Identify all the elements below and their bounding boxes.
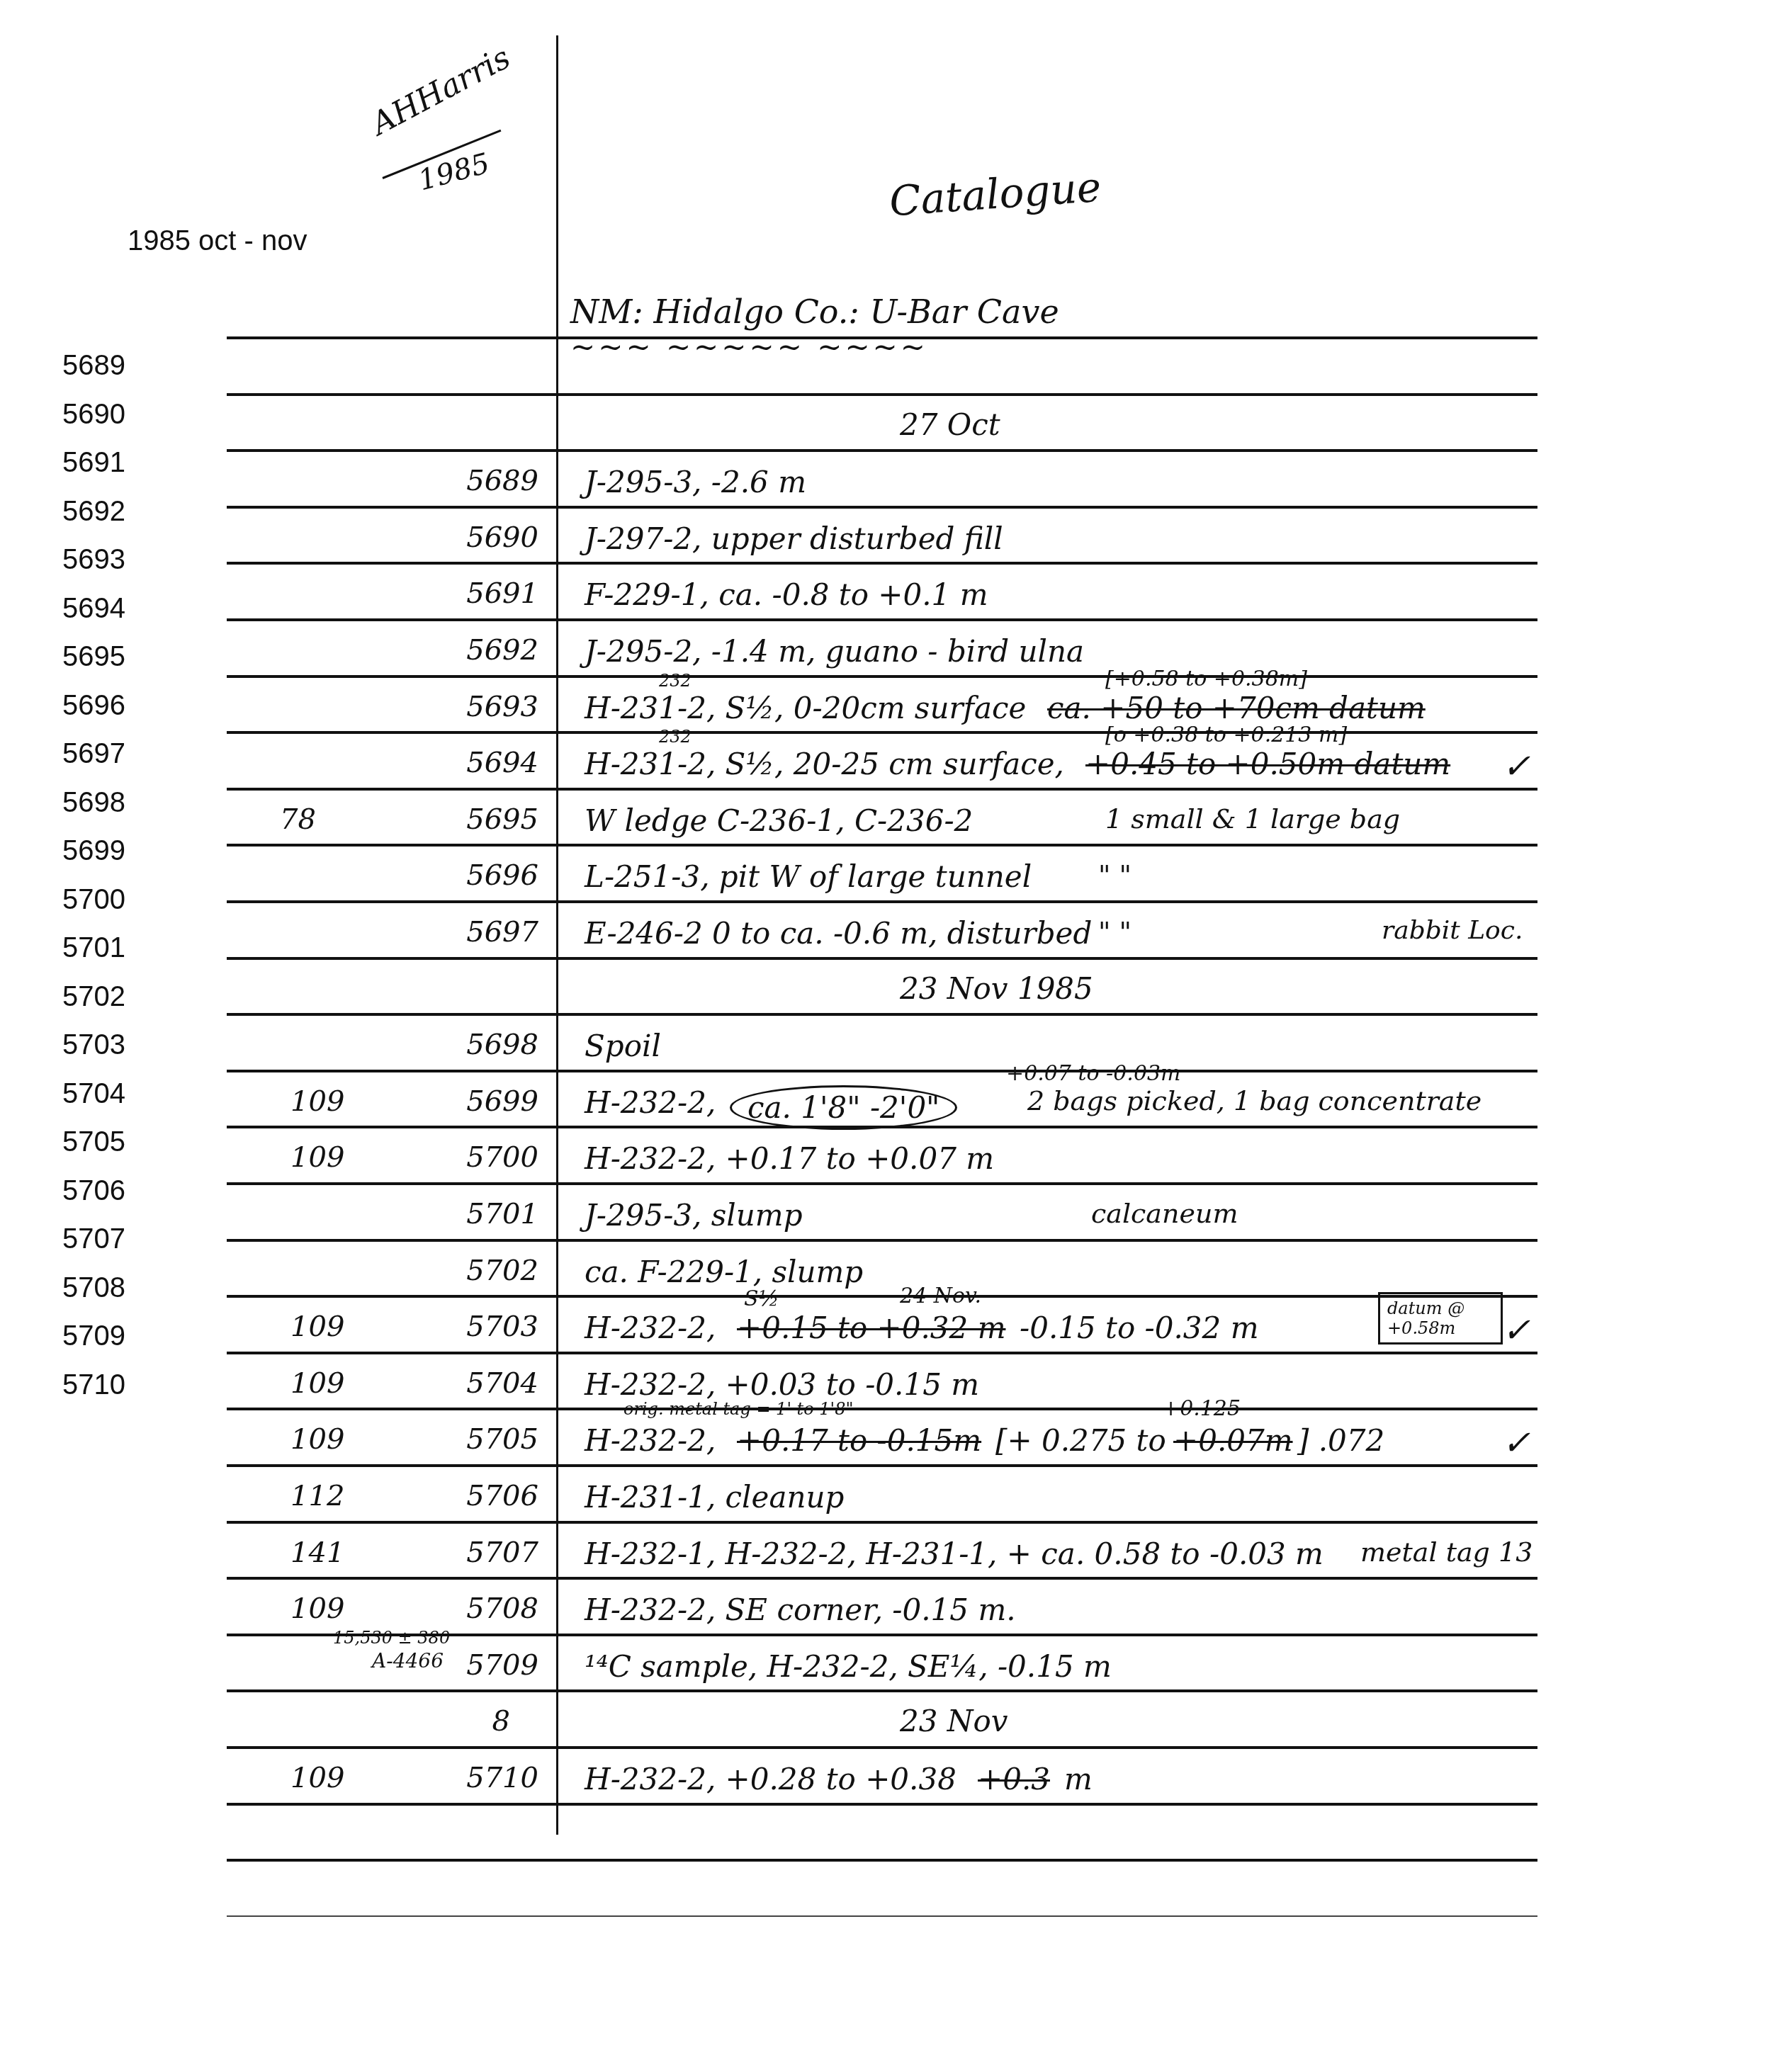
ledger-rule (227, 844, 1537, 847)
check-mark: ✓ (1502, 747, 1530, 786)
ledger-rule (227, 393, 1537, 396)
signature: AHHarris (366, 40, 516, 142)
catalog-number: 5703 (227, 1310, 538, 1343)
struck-text: ca. +50 to +70cm datum (1047, 691, 1426, 725)
catalog-number: 5704 (227, 1367, 538, 1400)
ledger-rule (227, 1070, 1537, 1072)
margin-count: 109 (290, 1085, 344, 1118)
catalog-number: 5701 (227, 1198, 538, 1230)
inserted-note: orig. metal tag = 1' to 1'8" (623, 1399, 854, 1419)
catalog-number: 5689 (227, 465, 538, 497)
ledger-rule (227, 506, 1537, 509)
printed-catalogue-number: 5706 (62, 1167, 125, 1216)
ledger-rule (227, 1859, 1537, 1862)
radiocarbon-date: 15,530 ± 380 (333, 1628, 450, 1648)
date-heading: 27 Oct (900, 407, 1000, 442)
inserted-note: S½ (744, 1286, 779, 1311)
ledger-rule (227, 1577, 1537, 1580)
entry-text: H-232-2, +0.03 to -0.15 m (585, 1367, 979, 1402)
catalog-number: 5699 (227, 1085, 538, 1118)
margin-count: 109 (290, 1762, 344, 1794)
ledger-rule (227, 1521, 1537, 1524)
entry-text-continued: -0.15 to -0.32 m (1020, 1310, 1258, 1345)
printed-catalogue-number: 5696 (62, 681, 125, 730)
margin-count: 109 (290, 1423, 344, 1456)
signature-year: 1985 (415, 147, 493, 198)
catalog-number: 5692 (227, 634, 538, 667)
entry-superscript: 232 (659, 671, 692, 691)
printed-catalogue-number: 5710 (62, 1361, 125, 1410)
entry-text: J-295-3, slump (585, 1198, 803, 1233)
margin-count: 141 (290, 1536, 344, 1569)
entry-text: H-231-2, S½, 20-25 cm surface, (585, 747, 1064, 781)
printed-catalogue-number: 5693 (62, 536, 125, 584)
date-heading: 23 Nov 1985 (900, 971, 1093, 1006)
printed-catalogue-number: 5691 (62, 438, 125, 487)
ledger-rule (227, 1013, 1537, 1016)
printed-catalogue-number: 5705 (62, 1118, 125, 1167)
inserted-note: +0.125 (1162, 1396, 1241, 1421)
printed-catalogue-number: 5701 (62, 924, 125, 973)
struck-text: +0.15 to +0.32 m (737, 1310, 1005, 1345)
margin-count: 109 (290, 1367, 344, 1400)
printed-catalogue-number: 5695 (62, 633, 125, 681)
entry-text: J-295-2, -1.4 m, guano - bird ulna (585, 634, 1084, 669)
printed-catalogue-number: 5694 (62, 584, 125, 633)
ledger-rule (227, 449, 1537, 452)
struck-text: +0.07m (1173, 1423, 1293, 1458)
entry-remark: " " (1098, 916, 1131, 947)
catalogue-page: AHHarris 1985 1985 oct - nov 56895690569… (0, 0, 1789, 2072)
printed-catalogue-number: 5700 (62, 876, 125, 924)
entry-text-continued: ] .072 (1297, 1423, 1384, 1458)
catalog-number: 5708 (227, 1592, 538, 1625)
entry-text: ca. F-229-1, slump (585, 1255, 863, 1289)
inserted-note: [o +0.38 to +0.213 m] (1105, 723, 1347, 747)
entry-text: H-232-2, +0.28 to +0.38 (585, 1762, 956, 1796)
ledger-rule (227, 1746, 1537, 1749)
entry-text: H-232-2, (585, 1423, 716, 1458)
catalog-number: 5693 (227, 691, 538, 723)
struck-text: +0.17 to -0.15m (737, 1423, 981, 1458)
ledger-rule (227, 957, 1537, 960)
catalog-number: 5694 (227, 747, 538, 779)
entry-remark: " " (1098, 859, 1131, 890)
inserted-note: 24 Nov. (900, 1284, 981, 1308)
catalog-number: 5697 (227, 916, 538, 949)
catalog-number: 5691 (227, 577, 538, 610)
entry-text: W ledge C-236-1, C-236-2 (585, 803, 973, 838)
catalog-number: 5690 (227, 521, 538, 554)
printed-catalogue-number: 5689 (62, 341, 125, 390)
struck-text: +0.45 to +0.50m datum (1085, 747, 1450, 781)
entry-text: F-229-1, ca. -0.8 to +0.1 m (585, 577, 988, 612)
struck-text: +0.3 (978, 1762, 1050, 1796)
ledger-rule (227, 618, 1537, 621)
printed-catalogue-number: 5707 (62, 1215, 125, 1264)
ledger-rule (227, 1464, 1537, 1467)
ledger-rule (227, 1408, 1537, 1410)
ledger-rule (227, 1295, 1537, 1298)
catalog-number: 5698 (227, 1029, 538, 1061)
printed-catalogue-number: 5692 (62, 487, 125, 536)
entry-remark: 2 bags picked, 1 bag concentrate (1027, 1085, 1482, 1116)
check-mark: ✓ (1502, 1310, 1530, 1350)
margin-count: A-4466 (372, 1649, 444, 1672)
printed-catalogue-number: 5709 (62, 1312, 125, 1361)
page-title: Catalogue (888, 163, 1102, 226)
printed-catalogue-number: 5703 (62, 1021, 125, 1070)
ledger-rule (227, 900, 1537, 903)
entry-remark: rabbit Loc. (1382, 916, 1523, 945)
catalog-number: 5705 (227, 1423, 538, 1456)
printed-catalogue-number: 5697 (62, 730, 125, 779)
date-heading: 23 Nov (900, 1704, 1008, 1738)
catalog-number: 5696 (227, 859, 538, 892)
entry-text: J-297-2, upper disturbed fill (585, 521, 1003, 556)
margin-count: 109 (290, 1310, 344, 1343)
printed-catalogue-number: 5699 (62, 827, 125, 876)
margin-count: 109 (290, 1141, 344, 1174)
margin-count: 112 (290, 1480, 344, 1512)
catalog-number: 5710 (227, 1762, 538, 1794)
entry-text: H-231-1, cleanup (585, 1480, 844, 1515)
entry-text: ¹⁴C sample, H-232-2, SE¼, -0.15 m (585, 1649, 1112, 1684)
inserted-note: [+0.58 to +0.38m] (1105, 667, 1307, 691)
entry-text: H-231-2, S½, 0-20cm surface (585, 691, 1026, 725)
catalog-number: 5706 (227, 1480, 538, 1512)
entry-remark: 1 small & 1 large bag (1105, 803, 1400, 834)
inserted-note: +0.07 to -0.03m (1006, 1061, 1181, 1086)
printed-catalogue-number: 5702 (62, 973, 125, 1021)
ledger-rule (227, 1689, 1537, 1692)
ledger-rule (227, 1352, 1537, 1354)
entry-text: Spoil (585, 1029, 661, 1063)
ledger-rule (227, 1803, 1537, 1806)
ledger-rule (227, 675, 1537, 678)
entry-text: H-232-2, (585, 1085, 716, 1120)
printed-catalogue-number: 5690 (62, 390, 125, 439)
printed-catalogue-number-list: 5689569056915692569356945695569656975698… (62, 341, 125, 1409)
entry-text: H-232-2, +0.17 to +0.07 m (585, 1141, 994, 1176)
entry-text: H-232-2, (585, 1310, 716, 1345)
entry-text: H-232-1, H-232-2, H-231-1, + ca. 0.58 to… (585, 1536, 1324, 1571)
column-divider (556, 35, 558, 1835)
ledger-rule (227, 788, 1537, 791)
entry-text: E-246-2 0 to ca. -0.6 m, disturbed (585, 916, 1092, 951)
printed-date-range: 1985 oct - nov (128, 225, 307, 257)
printed-catalogue-number: 5708 (62, 1264, 125, 1313)
catalog-number: 5700 (227, 1141, 538, 1174)
catalog-number: 5695 (227, 803, 538, 836)
ledger-rule (227, 1182, 1537, 1185)
locality-heading: NM: Hidalgo Co.: U-Bar Cave (570, 293, 1059, 331)
boxed-datum-note: datum @ +0.58m (1378, 1292, 1503, 1344)
entry-superscript: 232 (659, 727, 692, 747)
catalog-number: 5702 (227, 1255, 538, 1287)
check-mark: ✓ (1502, 1423, 1530, 1463)
catalog-number: 8 (227, 1705, 510, 1738)
entry-remark: metal tag 13 (1360, 1536, 1533, 1568)
printed-catalogue-number: 5698 (62, 779, 125, 827)
printed-catalogue-number: 5704 (62, 1070, 125, 1119)
entry-text: J-295-3, -2.6 m (585, 465, 806, 499)
catalog-number: 5707 (227, 1536, 538, 1569)
ledger-rule (227, 562, 1537, 565)
margin-count: 109 (290, 1592, 344, 1625)
entry-text: H-232-2, SE corner, -0.15 m. (585, 1592, 1016, 1627)
entry-text-continued: [+ 0.275 to (995, 1423, 1166, 1458)
entry-remark: calcaneum (1091, 1198, 1238, 1229)
ledger-rule (227, 1915, 1537, 1917)
ledger-rule (227, 1239, 1537, 1242)
crossed-out-scribble: ~~~ ~~~~~ ~~~~ (570, 329, 928, 364)
entry-text-continued: m (1064, 1762, 1093, 1796)
entry-text: L-251-3, pit W of large tunnel (585, 859, 1032, 894)
margin-count: 78 (280, 803, 316, 836)
circled-depth: ca. 1'8" -2'0" (730, 1085, 957, 1130)
